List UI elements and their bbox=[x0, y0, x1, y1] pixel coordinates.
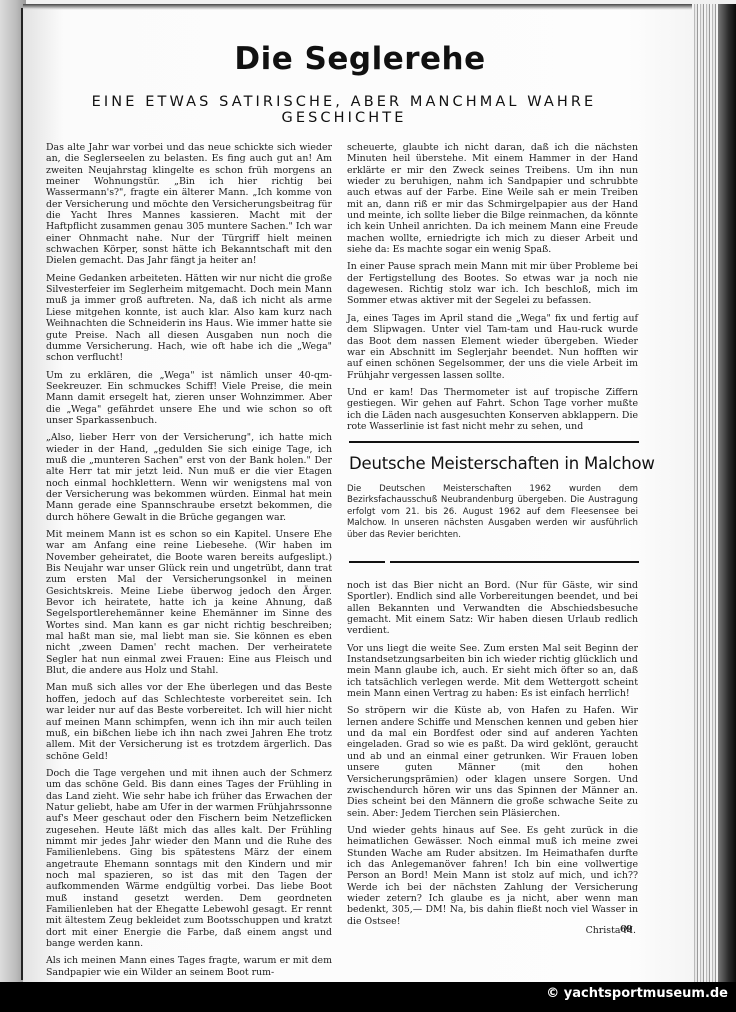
paragraph: Das alte Jahr war vorbei und das neue sc… bbox=[46, 142, 332, 267]
gutter-fold-line bbox=[21, 8, 23, 980]
left-column: Das alte Jahr war vorbei und das neue sc… bbox=[46, 142, 332, 984]
paragraph: Ja, eines Tages im April stand die „Wega… bbox=[347, 313, 638, 381]
paragraph: In einer Pause sprach mein Mann mit mir … bbox=[347, 261, 638, 306]
article-subtitle: EINE ETWAS SATIRISCHE, ABER MANCHMAL WAH… bbox=[34, 94, 654, 126]
paragraph: Um zu erklären, die „Wega" ist nämlich u… bbox=[46, 370, 332, 427]
copyright-watermark: © yachtsportmuseum.de bbox=[546, 986, 728, 1001]
page-number: 69 bbox=[620, 925, 633, 935]
paragraph: scheuerte, glaubte ich nicht daran, daß … bbox=[347, 142, 638, 255]
paragraph: Meine Gedanken arbeiteten. Hätten wir nu… bbox=[46, 273, 332, 364]
paragraph: Als ich meinen Mann eines Tages fragte, … bbox=[46, 955, 332, 978]
paragraph: So ströpern wir die Küste ab, von Hafen … bbox=[347, 705, 638, 818]
paragraph: Und er kam! Das Thermometer ist auf trop… bbox=[347, 387, 638, 432]
news-box-title: Deutsche Meisterschaften in Malchow bbox=[349, 454, 639, 473]
paragraph: noch ist das Bier nicht an Bord. (Nur fü… bbox=[347, 580, 638, 637]
news-box-bottom-rule-long bbox=[390, 561, 639, 563]
article-title: Die Seglerehe bbox=[0, 41, 728, 77]
news-box-top-rule bbox=[349, 441, 639, 443]
right-column-top: scheuerte, glaubte ich nicht daran, daß … bbox=[347, 142, 638, 438]
news-box-bottom-rule-short bbox=[349, 561, 385, 563]
paragraph: Doch die Tage vergehen und mit ihnen auc… bbox=[46, 768, 332, 950]
right-column-bottom: noch ist das Bier nicht an Bord. (Nur fü… bbox=[347, 580, 638, 936]
paragraph: Mit meinem Mann ist es schon so ein Kapi… bbox=[46, 529, 332, 676]
paragraph: Man muß sich alles vor der Ehe überlegen… bbox=[46, 682, 332, 761]
paragraph: Und wieder gehts hinaus auf See. Es geht… bbox=[347, 825, 638, 927]
paragraph: Vor uns liegt die weite See. Zum ersten … bbox=[347, 643, 638, 700]
page-top-shadow bbox=[23, 4, 695, 10]
scanned-book-spread: Die Seglerehe EINE ETWAS SATIRISCHE, ABE… bbox=[0, 0, 736, 982]
book-edge-shadow bbox=[718, 4, 736, 982]
news-box-text: Die Deutschen Meisterschaften 1962 wurde… bbox=[347, 484, 638, 541]
paragraph: „Also, lieber Herr von der Versicherung"… bbox=[46, 432, 332, 523]
